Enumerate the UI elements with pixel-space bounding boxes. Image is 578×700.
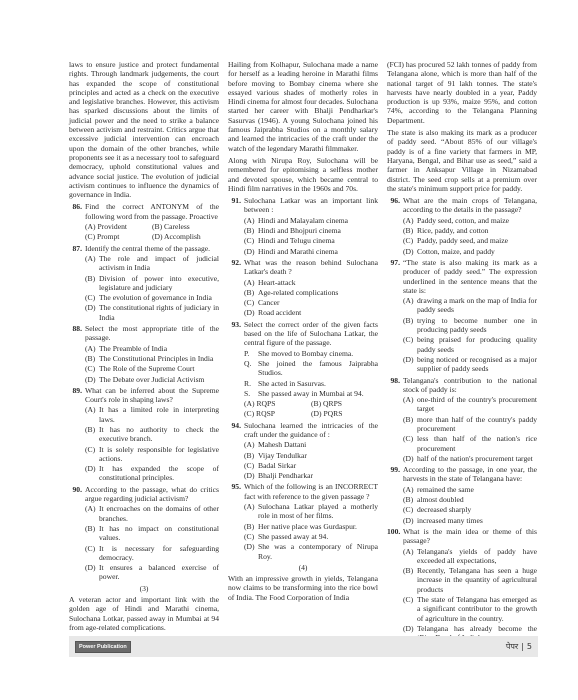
question-100: 100.What is the main idea or theme of th… — [387, 527, 537, 643]
question-96: 96.What are the main crops of Telangana,… — [387, 196, 537, 256]
page-footer: Power Publication पेपर|5 — [69, 636, 538, 657]
question-number: 89. — [69, 386, 85, 405]
option-b: (B)Recently, Telangana has seen a huge i… — [403, 566, 537, 594]
option-d: (D)The Debate over Judicial Activism — [85, 375, 219, 384]
question-text: According to the passage, what do critic… — [85, 485, 219, 504]
page-word: पेपर — [506, 642, 518, 651]
question-text: Select the most appropriate title of the… — [85, 324, 219, 343]
question-text: What was the reason behind Sulochana Lat… — [244, 258, 378, 277]
option-b: (B)It has no impact on constitutional va… — [85, 524, 219, 543]
option-a: (A)remained the same — [403, 485, 537, 494]
option-d: (D)It ensures a balanced exercise of pow… — [85, 563, 219, 582]
option-b: (B)Vijay Tendulkar — [244, 451, 378, 460]
question-text: Find the correct ANTONYM of the followin… — [85, 202, 219, 221]
option-d: (D)It has expanded the scope of constitu… — [85, 464, 219, 483]
question-89: 89.What can be inferred about the Suprem… — [69, 386, 219, 483]
option-b: (B)The Constitutional Principles in Indi… — [85, 354, 219, 363]
option-a: (A) Provident — [85, 222, 152, 231]
option-b: (B) Careless — [152, 222, 219, 231]
statement-p: P.She moved to Bombay cinema. — [244, 349, 378, 358]
question-97: 97.“The state is also making its mark as… — [387, 258, 537, 374]
option-c: (C)less than half of the nation's rice p… — [403, 434, 537, 453]
column-1: laws to ensure justice and protect funda… — [69, 60, 219, 644]
option-d: (D)increased many times — [403, 516, 537, 525]
option-c: (C)being praised for producing quality p… — [403, 335, 537, 354]
three-column-layout: laws to ensure justice and protect funda… — [69, 60, 538, 644]
passage-4-paragraph-1: (FCI) has procured 52 lakh tonnes of pad… — [387, 60, 537, 125]
option-c: (C)Badal Sirkar — [244, 461, 378, 470]
question-number: 94. — [228, 421, 244, 440]
publisher-logo: Power Publication — [75, 641, 131, 653]
question-text: Which of the following is an INCORRECT f… — [244, 482, 378, 501]
option-d: (D)being noticed or recognised as a majo… — [403, 355, 537, 374]
option-a: (A)Sulochana Latkar played a motherly ro… — [244, 502, 378, 521]
option-d: (D)Cotton, maize, and paddy — [403, 247, 537, 256]
question-number: 90. — [69, 485, 85, 504]
question-number: 98. — [387, 376, 403, 395]
question-number: 99. — [387, 465, 403, 484]
option-d: (D)Hindi and Marathi cinema — [244, 247, 378, 256]
passage-3-paragraph-1: Hailing from Kolhapur, Sulochana made a … — [228, 60, 378, 153]
option-b: (B)Rice, paddy, and cotton — [403, 226, 537, 235]
question-87: 87.Identify the central theme of the pas… — [69, 244, 219, 322]
question-number: 95. — [228, 482, 244, 501]
statement-r: R.She acted in Sasurvas. — [244, 379, 378, 388]
option-c: (C)It is necessary for safeguarding demo… — [85, 544, 219, 563]
question-text: Identify the central theme of the passag… — [85, 244, 219, 253]
question-93: 93.Select the correct order of the given… — [228, 320, 378, 419]
page-number-label: पेपर|5 — [506, 641, 532, 652]
option-c: (C) Prompt — [85, 232, 152, 241]
option-c: (C)decreased sharply — [403, 505, 537, 514]
option-a: (A)Telangana's yields of paddy have exce… — [403, 547, 537, 566]
option-c: (C)The evolution of governance in India — [85, 293, 219, 302]
option-a: (A) RQPS — [244, 399, 311, 408]
option-a: (A)Heart-attack — [244, 278, 378, 287]
option-d: (D)half of the nation's procurement targ… — [403, 454, 537, 463]
question-number: 93. — [228, 320, 244, 348]
option-a: (A)The Preamble of India — [85, 344, 219, 353]
option-c: (C)It is solely responsible for legislat… — [85, 445, 219, 464]
question-text: Telangana's contribution to the national… — [403, 376, 537, 395]
option-c: (C)The Role of the Supreme Court — [85, 364, 219, 373]
question-text: What are the main crops of Telangana, ac… — [403, 196, 537, 215]
option-a: (A)It has a limited role in interpreting… — [85, 405, 219, 424]
option-c: (C)Paddy, paddy seed, and maize — [403, 236, 537, 245]
question-number: 87. — [69, 244, 85, 253]
page-number: 5 — [527, 642, 532, 651]
option-d: (D)Bhalji Pendharkar — [244, 471, 378, 480]
option-a: (A)The role and impact of judicial activ… — [85, 254, 219, 273]
option-d: (D)The constitutional rights of judiciar… — [85, 303, 219, 322]
option-a: (A)Mahesh Dattani — [244, 440, 378, 449]
option-d: (D)Road accident — [244, 308, 378, 317]
option-c: (C)Hindi and Telugu cinema — [244, 236, 378, 245]
option-c: (C)The state of Telangana has emerged as… — [403, 595, 537, 623]
option-b: (B)Division of power into executive, leg… — [85, 274, 219, 293]
question-number: 88. — [69, 324, 85, 343]
question-text: “The state is also making its mark as a … — [403, 258, 537, 295]
column-3: (FCI) has procured 52 lakh tonnes of pad… — [387, 60, 537, 644]
question-99: 99.According to the passage, in one year… — [387, 465, 537, 525]
question-91: 91.Sulochana Latkar was an important lin… — [228, 196, 378, 256]
option-a: (A)drawing a mark on the map of India fo… — [403, 296, 537, 315]
option-b: (B) QRPS — [311, 399, 378, 408]
question-number: 97. — [387, 258, 403, 295]
option-b: (B)almost doubled — [403, 495, 537, 504]
question-number: 86. — [69, 202, 85, 221]
passage-3-label: (3) — [69, 584, 219, 593]
passage-4-label: (4) — [228, 563, 378, 572]
question-number: 96. — [387, 196, 403, 215]
question-98: 98.Telangana's contribution to the natio… — [387, 376, 537, 464]
question-88: 88.Select the most appropriate title of … — [69, 324, 219, 384]
option-b: (B)more than half of the country's paddy… — [403, 415, 537, 434]
question-text: What is the main idea or theme of this p… — [403, 527, 537, 546]
option-c: (C)Cancer — [244, 298, 378, 307]
option-d: (D)She was a contemporary of Nirupa Roy. — [244, 542, 378, 561]
question-number: 100. — [387, 527, 403, 546]
question-95: 95.Which of the following is an INCORREC… — [228, 482, 378, 560]
question-text: According to the passage, in one year, t… — [403, 465, 537, 484]
passage-4-paragraph-2: The state is also making its mark as a p… — [387, 128, 537, 193]
question-text: Sulochana Latkar was an important link b… — [244, 196, 378, 215]
question-text: What can be inferred about the Supreme C… — [85, 386, 219, 405]
question-92: 92.What was the reason behind Sulochana … — [228, 258, 378, 318]
passage-2-continuation: laws to ensure justice and protect funda… — [69, 60, 219, 199]
column-2: Hailing from Kolhapur, Sulochana made a … — [228, 60, 378, 644]
option-a: (A)one-third of the country's procuremen… — [403, 395, 537, 414]
option-a: (A)It encroaches on the domains of other… — [85, 504, 219, 523]
question-number: 91. — [228, 196, 244, 215]
option-b: (B)Her native place was Gurdaspur. — [244, 522, 378, 531]
option-a: (A)Paddy seed, cotton, and maize — [403, 216, 537, 225]
option-b: (B)It has no authority to check the exec… — [85, 425, 219, 444]
option-b: (B)Hindi and Bhojpuri cinema — [244, 226, 378, 235]
question-number: 92. — [228, 258, 244, 277]
question-text: Select the correct order of the given fa… — [244, 320, 378, 348]
statement-s: S.She passed away in Mumbai at 94. — [244, 389, 378, 398]
passage-3-paragraph-2: Along with Nirupa Roy, Sulochana will be… — [228, 156, 378, 193]
option-c: (C)She passed away at 94. — [244, 532, 378, 541]
option-d: (D) PQRS — [311, 409, 378, 418]
statement-q: Q.She joined the famous Jaiprabha Studio… — [244, 359, 378, 378]
option-a: (A)Hindi and Malayalam cinema — [244, 216, 378, 225]
question-86: 86.Find the correct ANTONYM of the follo… — [69, 202, 219, 241]
passage-4-start: With an impressive growth in yields, Tel… — [228, 574, 378, 602]
separator: | — [521, 642, 524, 651]
question-90: 90.According to the passage, what do cri… — [69, 485, 219, 582]
option-d: (D) Accomplish — [152, 232, 219, 241]
question-94: 94.Sulochana learned the intricacies of … — [228, 421, 378, 481]
question-text: Sulochana learned the intricacies of the… — [244, 421, 378, 440]
passage-3-start: A veteran actor and important link with … — [69, 595, 219, 632]
document-page: laws to ensure justice and protect funda… — [69, 60, 538, 644]
option-b: (B)trying to become number one in produc… — [403, 316, 537, 335]
option-c: (C) RQSP — [244, 409, 311, 418]
option-b: (B)Age-related complications — [244, 288, 378, 297]
